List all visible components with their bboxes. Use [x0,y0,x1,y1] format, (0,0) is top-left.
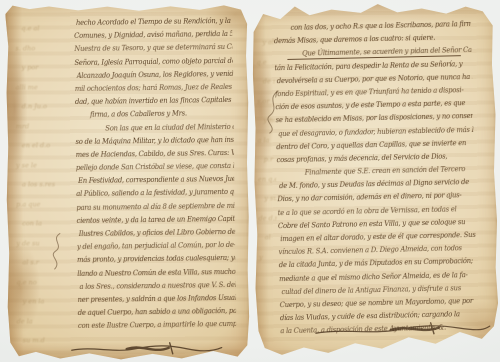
bleedthrough-fragment: y por [21,58,73,78]
bleedthrough-fragment: su m.d [23,331,75,351]
bleedthrough-fragment: de la [17,312,75,332]
bleedthrough-text-column: q.e als. dhoy poralli med.n Ju.omrden el… [15,19,74,351]
manuscript-page-right: y alq.ede sus.ory noa lap.ren q.ey sude … [251,1,499,360]
bleedthrough-fragment: p.r [264,150,276,170]
marginal-flourish-icon [260,89,285,135]
bleedthrough-fragment: s. dho [15,39,73,59]
bleedthrough-fragment: y su [264,189,276,209]
bleedthrough-fragment: alli me [16,78,74,98]
bleedthrough-fragment: q.e [256,53,274,73]
manuscript-line: con este Ilustre Cuerpo, a impartirle lo… [78,317,236,332]
bleedthrough-fragment: de d.n [258,209,276,229]
bleedthrough-fragment: d.n Ju.o [22,97,74,117]
bleedthrough-fragment: en q.e [258,170,276,190]
bleedthrough-fragment: q.e al [21,19,73,39]
handwritten-text-block: hecho Acordado el Tiempo de su Rendición… [74,14,248,333]
handwritten-text-block: con las dos, y ocho R.s que a los Escrib… [274,17,493,338]
bleedthrough-fragment: a los s.res [22,175,74,195]
bleedthrough-fragment: y [259,248,277,268]
marginal-flourish-icon [46,231,68,271]
manuscript-page-left: q.e als. dhoy poralli med.n Ju.omrden el… [5,2,250,360]
bleedthrough-fragment: y en la [22,292,74,312]
bleedthrough-fragment: y al [262,33,274,53]
bleedthrough-fragment: mrd [16,117,74,137]
bleedthrough-fragment: q.e no [16,273,74,293]
rubric-flourish-icon [69,341,225,358]
bleedthrough-fragment: p.a que [16,195,74,215]
bleedthrough-fragment: y se le [16,156,74,176]
bleedthrough-fragment: en el d.o [22,136,74,156]
bleedthrough-fragment: al [265,228,277,248]
manuscript-photo: q.e als. dhoy poralli med.n Ju.omrden el… [0,0,500,362]
